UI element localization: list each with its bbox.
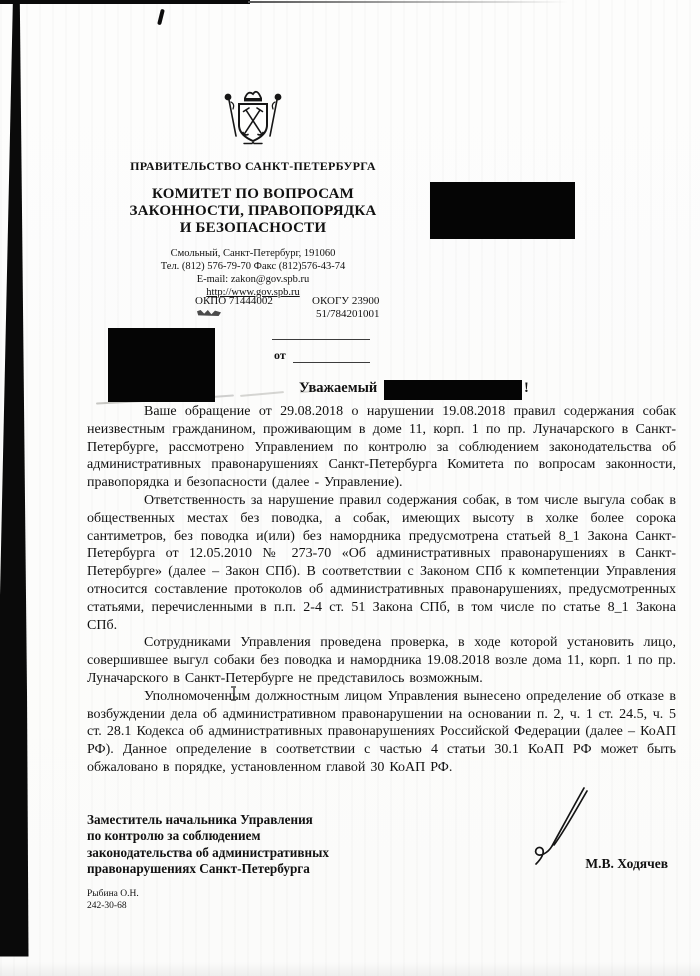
inn-kpp-tail: 51/784201001 <box>316 308 380 320</box>
reference-number-line <box>272 339 370 340</box>
scan-bottom-shade <box>0 962 700 976</box>
redaction-box-recipient-name <box>384 380 522 400</box>
committee-name: КОМИТЕТ ПО ВОПРОСАМ ЗАКОННОСТИ, ПРАВОПОР… <box>113 186 393 237</box>
ink-smudge <box>197 310 221 316</box>
date-from-label: от <box>274 348 286 363</box>
scan-left-edge <box>0 0 30 976</box>
scanned-letter-page: ПРАВИТЕЛЬСТВО САНКТ-ПЕТЕРБУРГА КОМИТЕТ П… <box>0 0 700 976</box>
signer-position-line: законодательства об административных <box>87 845 329 861</box>
executor-phone: 242-30-68 <box>87 901 139 913</box>
letterhead: ПРАВИТЕЛЬСТВО САНКТ-ПЕТЕРБУРГА КОМИТЕТ П… <box>113 88 393 299</box>
scan-top-edge-fade <box>248 1 568 3</box>
executor-name: Рыбина О.Н. <box>87 889 139 901</box>
redaction-box-correspondent <box>108 328 215 402</box>
signer-position: Заместитель начальника Управления по кон… <box>87 812 329 877</box>
signer-position-line: по контролю за соблюдением <box>87 828 329 844</box>
postal-address: Смольный, Санкт-Петербург, 191060 <box>113 247 393 260</box>
email: E-mail: zakon@gov.spb.ru <box>113 273 393 286</box>
spb-coat-of-arms-icon <box>221 88 285 146</box>
okpo-code: ОКПО 71444002 <box>195 295 273 307</box>
phone-fax: Тел. (812) 576-79-70 Факс (812)576-43-74 <box>113 260 393 273</box>
salutation-exclamation: ! <box>524 380 529 397</box>
executor-block: Рыбина О.Н. 242-30-68 <box>87 889 139 912</box>
scan-top-edge <box>0 0 250 4</box>
salutation: Уважаемый <box>299 380 377 397</box>
committee-line: КОМИТЕТ ПО ВОПРОСАМ <box>113 186 393 203</box>
signer-position-line: правонарушениях Санкт-Петербурга <box>87 861 329 877</box>
text-cursor-icon <box>229 686 238 701</box>
committee-line: ЗАКОННОСТИ, ПРАВОПОРЯДКА <box>113 203 393 220</box>
letter-body: Ваше обращение от 29.08.2018 о нарушении… <box>87 403 676 777</box>
committee-line: И БЕЗОПАСНОСТИ <box>113 220 393 237</box>
government-title: ПРАВИТЕЛЬСТВО САНКТ-ПЕТЕРБУРГА <box>113 159 393 174</box>
paragraph: Уполномоченным должностным лицом Управле… <box>87 688 676 777</box>
redaction-box-addressee <box>430 182 575 239</box>
contact-block: Смольный, Санкт-Петербург, 191060 Тел. (… <box>113 247 393 299</box>
paragraph: Ответственность за нарушение правил соде… <box>87 492 676 634</box>
handwritten-signature <box>527 786 593 866</box>
signer-position-line: Заместитель начальника Управления <box>87 812 329 828</box>
okogu-code: ОКОГУ 23900 <box>312 295 379 307</box>
pen-tick-mark <box>157 9 165 25</box>
paragraph: Ваше обращение от 29.08.2018 о нарушении… <box>87 403 676 492</box>
signer-name: М.В. Ходячев <box>556 856 668 872</box>
paragraph: Сотрудниками Управления проведена провер… <box>87 634 676 687</box>
reference-date-line <box>293 362 370 363</box>
pencil-smudge <box>240 391 284 397</box>
